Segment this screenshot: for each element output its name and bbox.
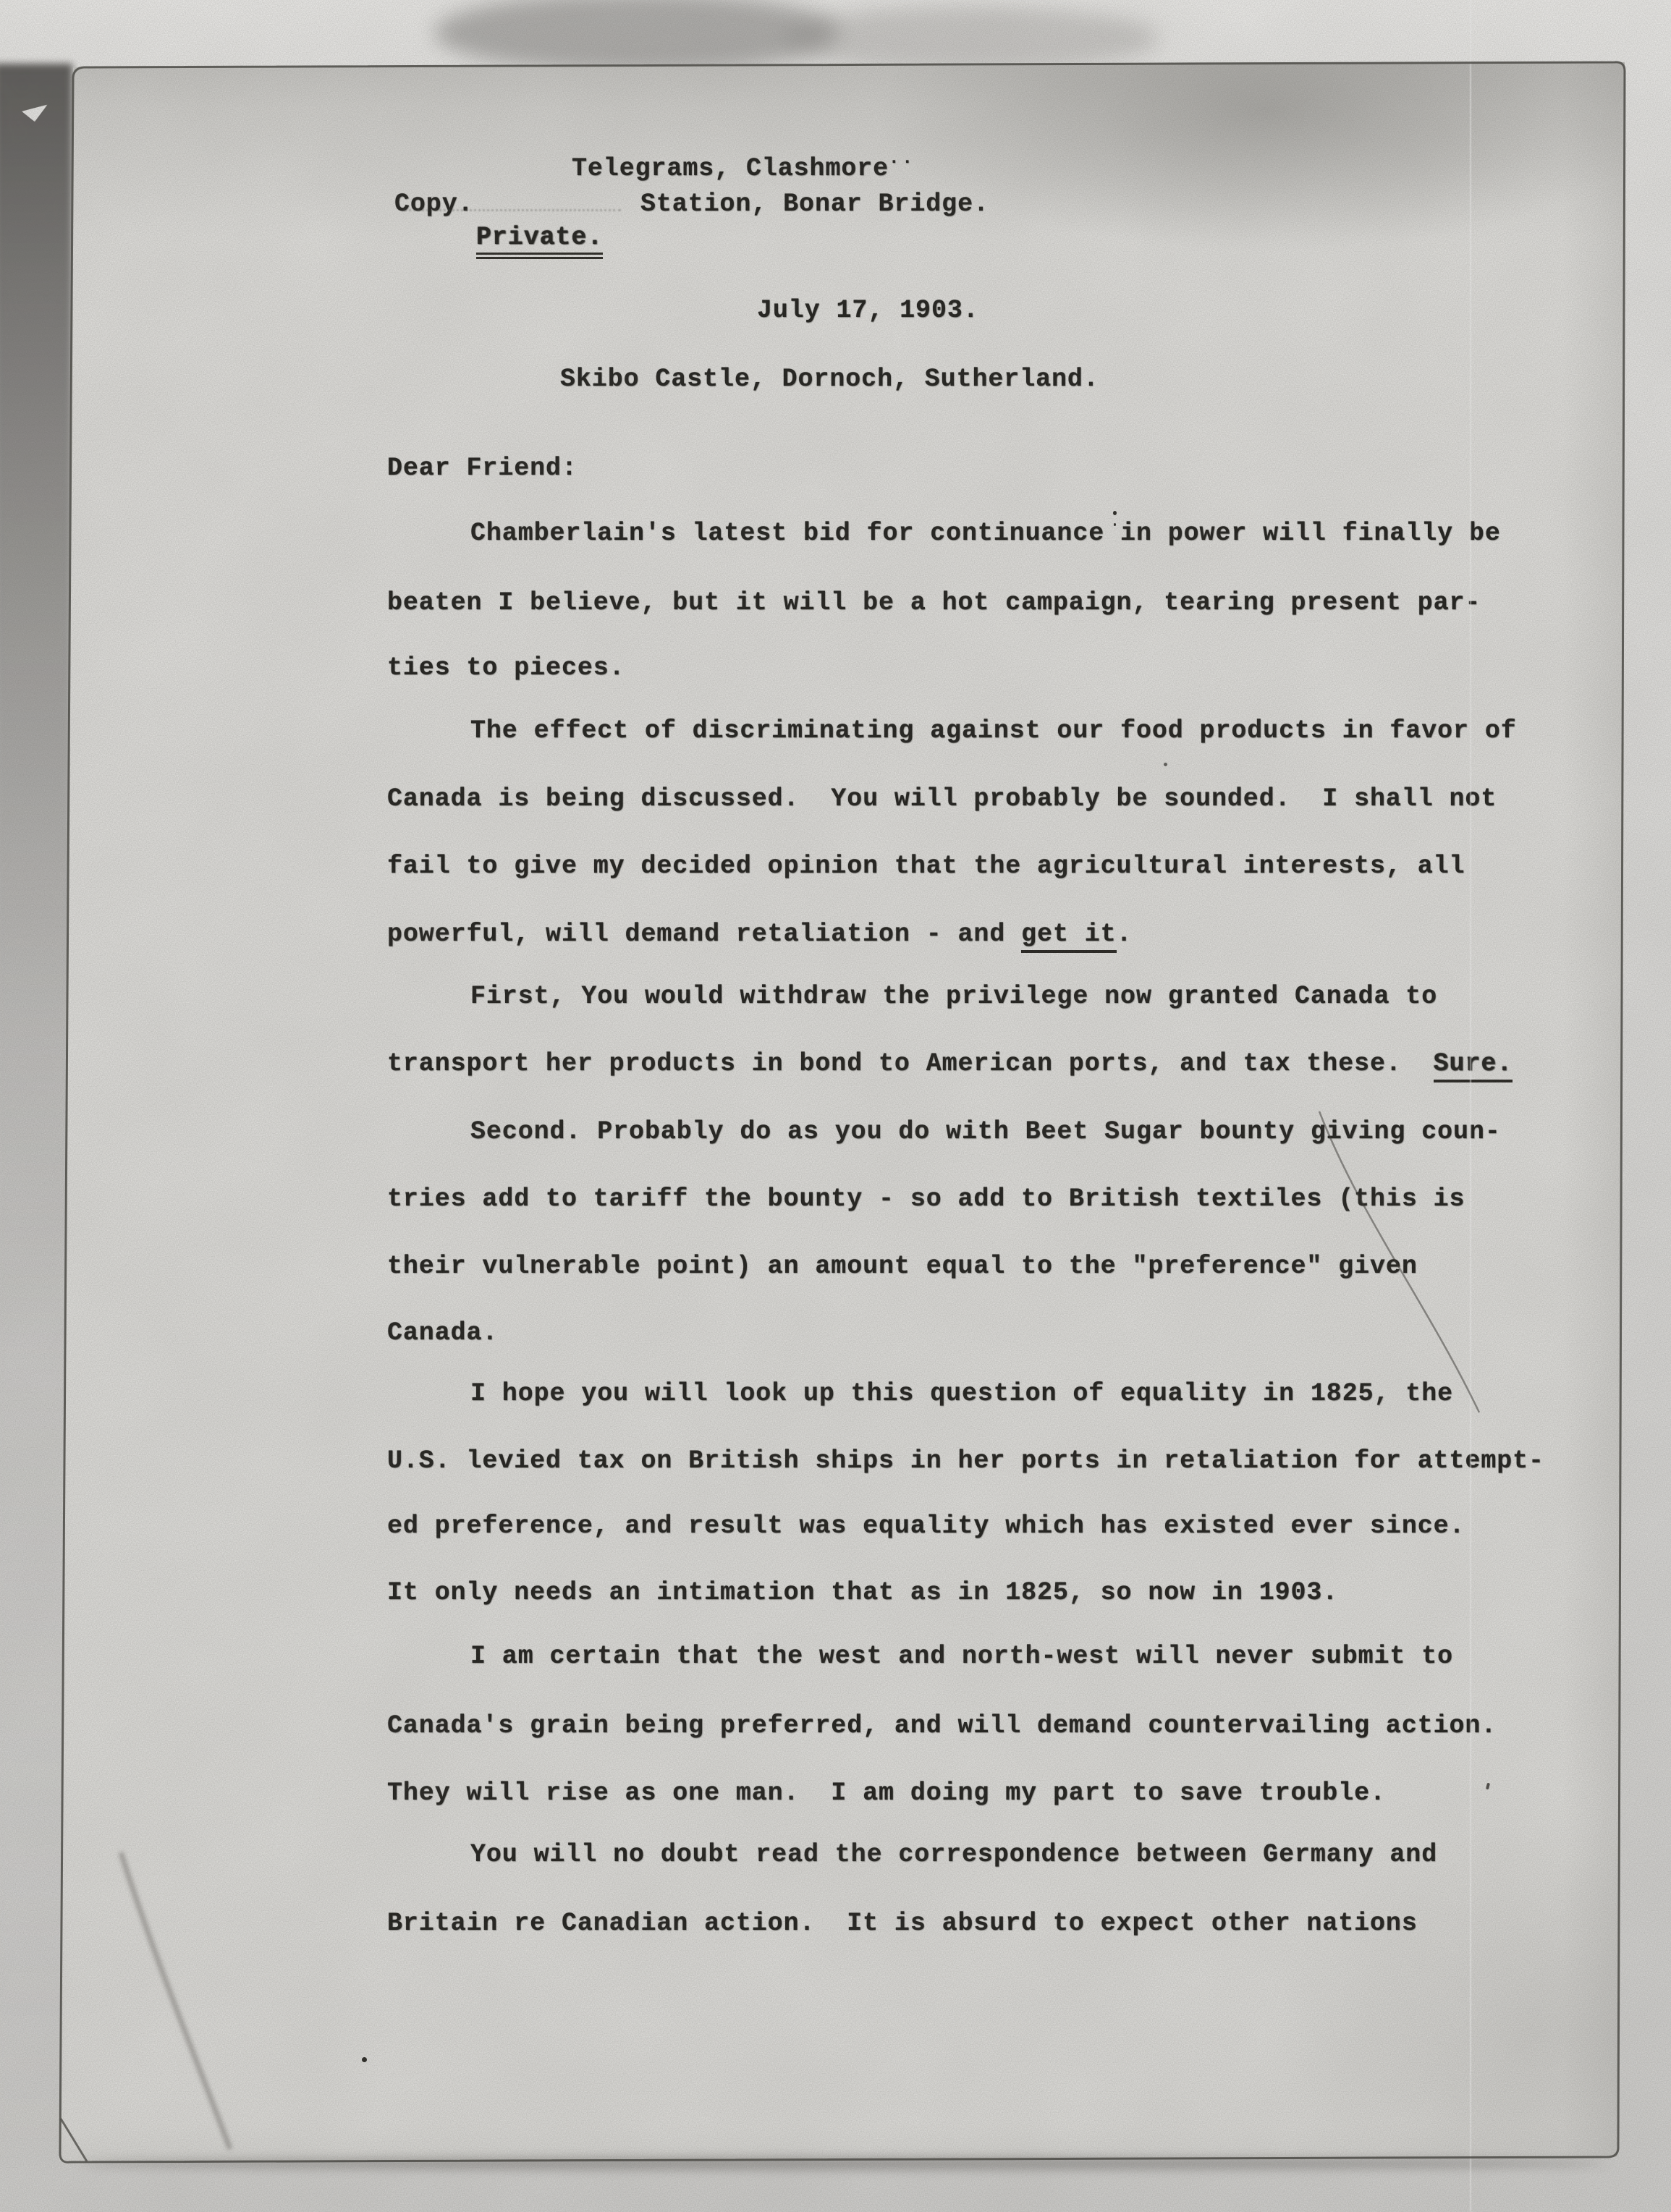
typed-line: Second. Probably do as you do with Beet … <box>470 1117 1501 1146</box>
private-text: Private. <box>476 223 603 259</box>
film-scratch <box>1470 0 1471 2212</box>
typed-line: Britain re Canadian action. It is absurd… <box>387 1909 1418 1938</box>
typed-line: U.S. levied tax on British ships in her … <box>387 1446 1544 1475</box>
typed-line: They will rise as one man. I am doing my… <box>387 1779 1386 1808</box>
scanned-letter-photo: Telegrams, Clashmore·· Copy. Station, Bo… <box>0 0 1671 2212</box>
station-line: Station, Bonar Bridge. <box>640 190 989 219</box>
typed-line: powerful, will demand retaliation - and … <box>387 920 1132 949</box>
typed-line: The effect of discriminating against our… <box>470 716 1517 745</box>
typed-line: their vulnerable point) an amount equal … <box>387 1252 1418 1281</box>
line-text: . <box>1117 920 1133 949</box>
typed-line: transport her products in bond to Americ… <box>387 1049 1513 1078</box>
typed-line: Canada's grain being preferred, and will… <box>387 1711 1497 1740</box>
ink-speck <box>362 2057 367 2062</box>
ditto-marks: ·· <box>889 148 915 177</box>
typed-line: fail to give my decided opinion that the… <box>387 852 1465 881</box>
typed-line: It only needs an intimation that as in 1… <box>387 1578 1338 1607</box>
telegrams-line: Telegrams, Clashmore·· <box>572 154 915 186</box>
typed-line: I hope you will look up this question of… <box>470 1379 1453 1408</box>
line-text: transport her products in bond to Americ… <box>387 1049 1434 1078</box>
typed-line: Chamberlain's latest bid for continuance… <box>470 519 1501 548</box>
typed-line: tries add to tariff the bounty - so add … <box>387 1185 1465 1213</box>
underlined-phrase: Sure. <box>1434 1049 1513 1082</box>
erased-underline <box>404 209 621 211</box>
ink-speck <box>1113 511 1117 515</box>
ink-speck <box>1164 763 1167 766</box>
typed-line: ties to pieces. <box>387 653 625 682</box>
salutation: Dear Friend: <box>387 454 578 483</box>
typed-line: Canada. <box>387 1318 498 1347</box>
date-line: July 17, 1903. <box>757 296 979 325</box>
typed-line: I am certain that the west and north-wes… <box>470 1642 1453 1671</box>
private-label: Private. <box>476 223 603 252</box>
telegrams-text: Telegrams, Clashmore <box>572 154 889 183</box>
underlined-phrase: get it <box>1021 920 1116 953</box>
typed-line: Canada is being discussed. You will prob… <box>387 784 1497 813</box>
line-text: powerful, will demand retaliation - and <box>387 920 1021 949</box>
typed-line: ed preference, and result was equality w… <box>387 1512 1465 1541</box>
typed-line: You will no doubt read the correspondenc… <box>470 1840 1437 1869</box>
typed-text-layer: Telegrams, Clashmore·· Copy. Station, Bo… <box>0 0 1671 2212</box>
copy-label: Copy. <box>394 190 474 219</box>
address-line: Skibo Castle, Dornoch, Sutherland. <box>560 365 1099 394</box>
typed-line: beaten I believe, but it will be a hot c… <box>387 588 1481 617</box>
typed-line: First, You would withdraw the privilege … <box>470 982 1437 1011</box>
